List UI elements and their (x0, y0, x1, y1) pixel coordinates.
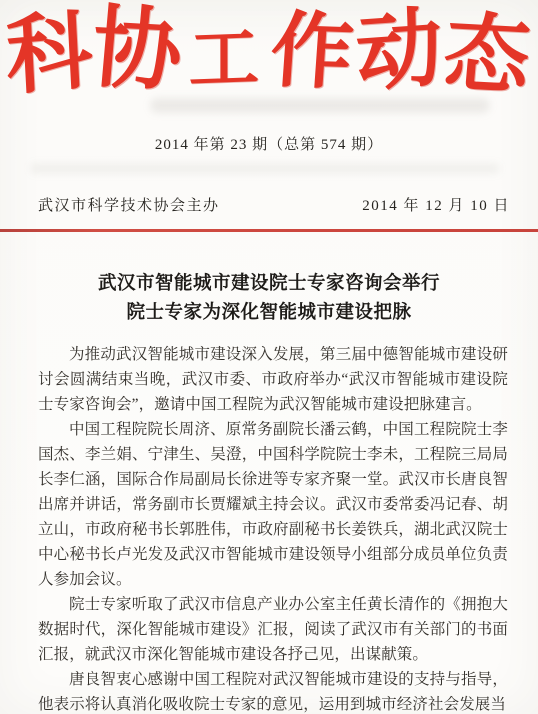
publication-date: 2014 年 12 月 10 日 (362, 194, 510, 215)
issue-number: 2014 年第 23 期（总第 574 期） (0, 133, 538, 154)
publisher-row: 武汉市科学技术协会主办 2014 年 12 月 10 日 (38, 194, 510, 215)
masthead-char: 科 (4, 7, 94, 100)
masthead-char: 动 (355, 5, 444, 97)
article-title-line2: 院士专家为深化智能城市建设把脉 (0, 299, 538, 328)
paragraph: 唐良智衷心感谢中国工程院对武汉智能城市建设的支持与指导，他表示将认真消化吸收院士… (38, 667, 508, 714)
article-title: 武汉市智能城市建设院士专家咨询会举行 院士专家为深化智能城市建设把脉 (0, 270, 538, 327)
paragraph: 为推动武汉智能城市建设深入发展，第三届中德智能城市建设研讨会圆满结束当晚，武汉市… (38, 342, 508, 417)
newsletter-page: 科协工作动态 2014 年第 23 期（总第 574 期） 武汉市科学技术协会主… (0, 0, 538, 714)
masthead-char: 协 (88, 3, 185, 97)
scan-ghost-artifact (30, 163, 500, 174)
masthead-title: 科协工作动态 (4, 2, 532, 104)
publisher-name: 武汉市科学技术协会主办 (38, 194, 220, 215)
paragraph: 院士专家听取了武汉市信息产业办公室主任黄长清作的《拥抱大数据时代，深化智能城市建… (38, 592, 508, 667)
masthead-char: 工 (189, 24, 260, 94)
paragraph: 中国工程院院长周济、原常务副院长潘云鹤，中国工程院院士李国杰、李兰娟、宁津生、吴… (38, 417, 508, 592)
red-divider-rule (0, 229, 538, 232)
article-body: 为推动武汉智能城市建设深入发展，第三届中德智能城市建设研讨会圆满结束当晚，武汉市… (38, 342, 508, 714)
masthead-char: 态 (440, 10, 533, 100)
masthead-char: 作 (268, 9, 356, 94)
article-title-line1: 武汉市智能城市建设院士专家咨询会举行 (0, 270, 538, 299)
